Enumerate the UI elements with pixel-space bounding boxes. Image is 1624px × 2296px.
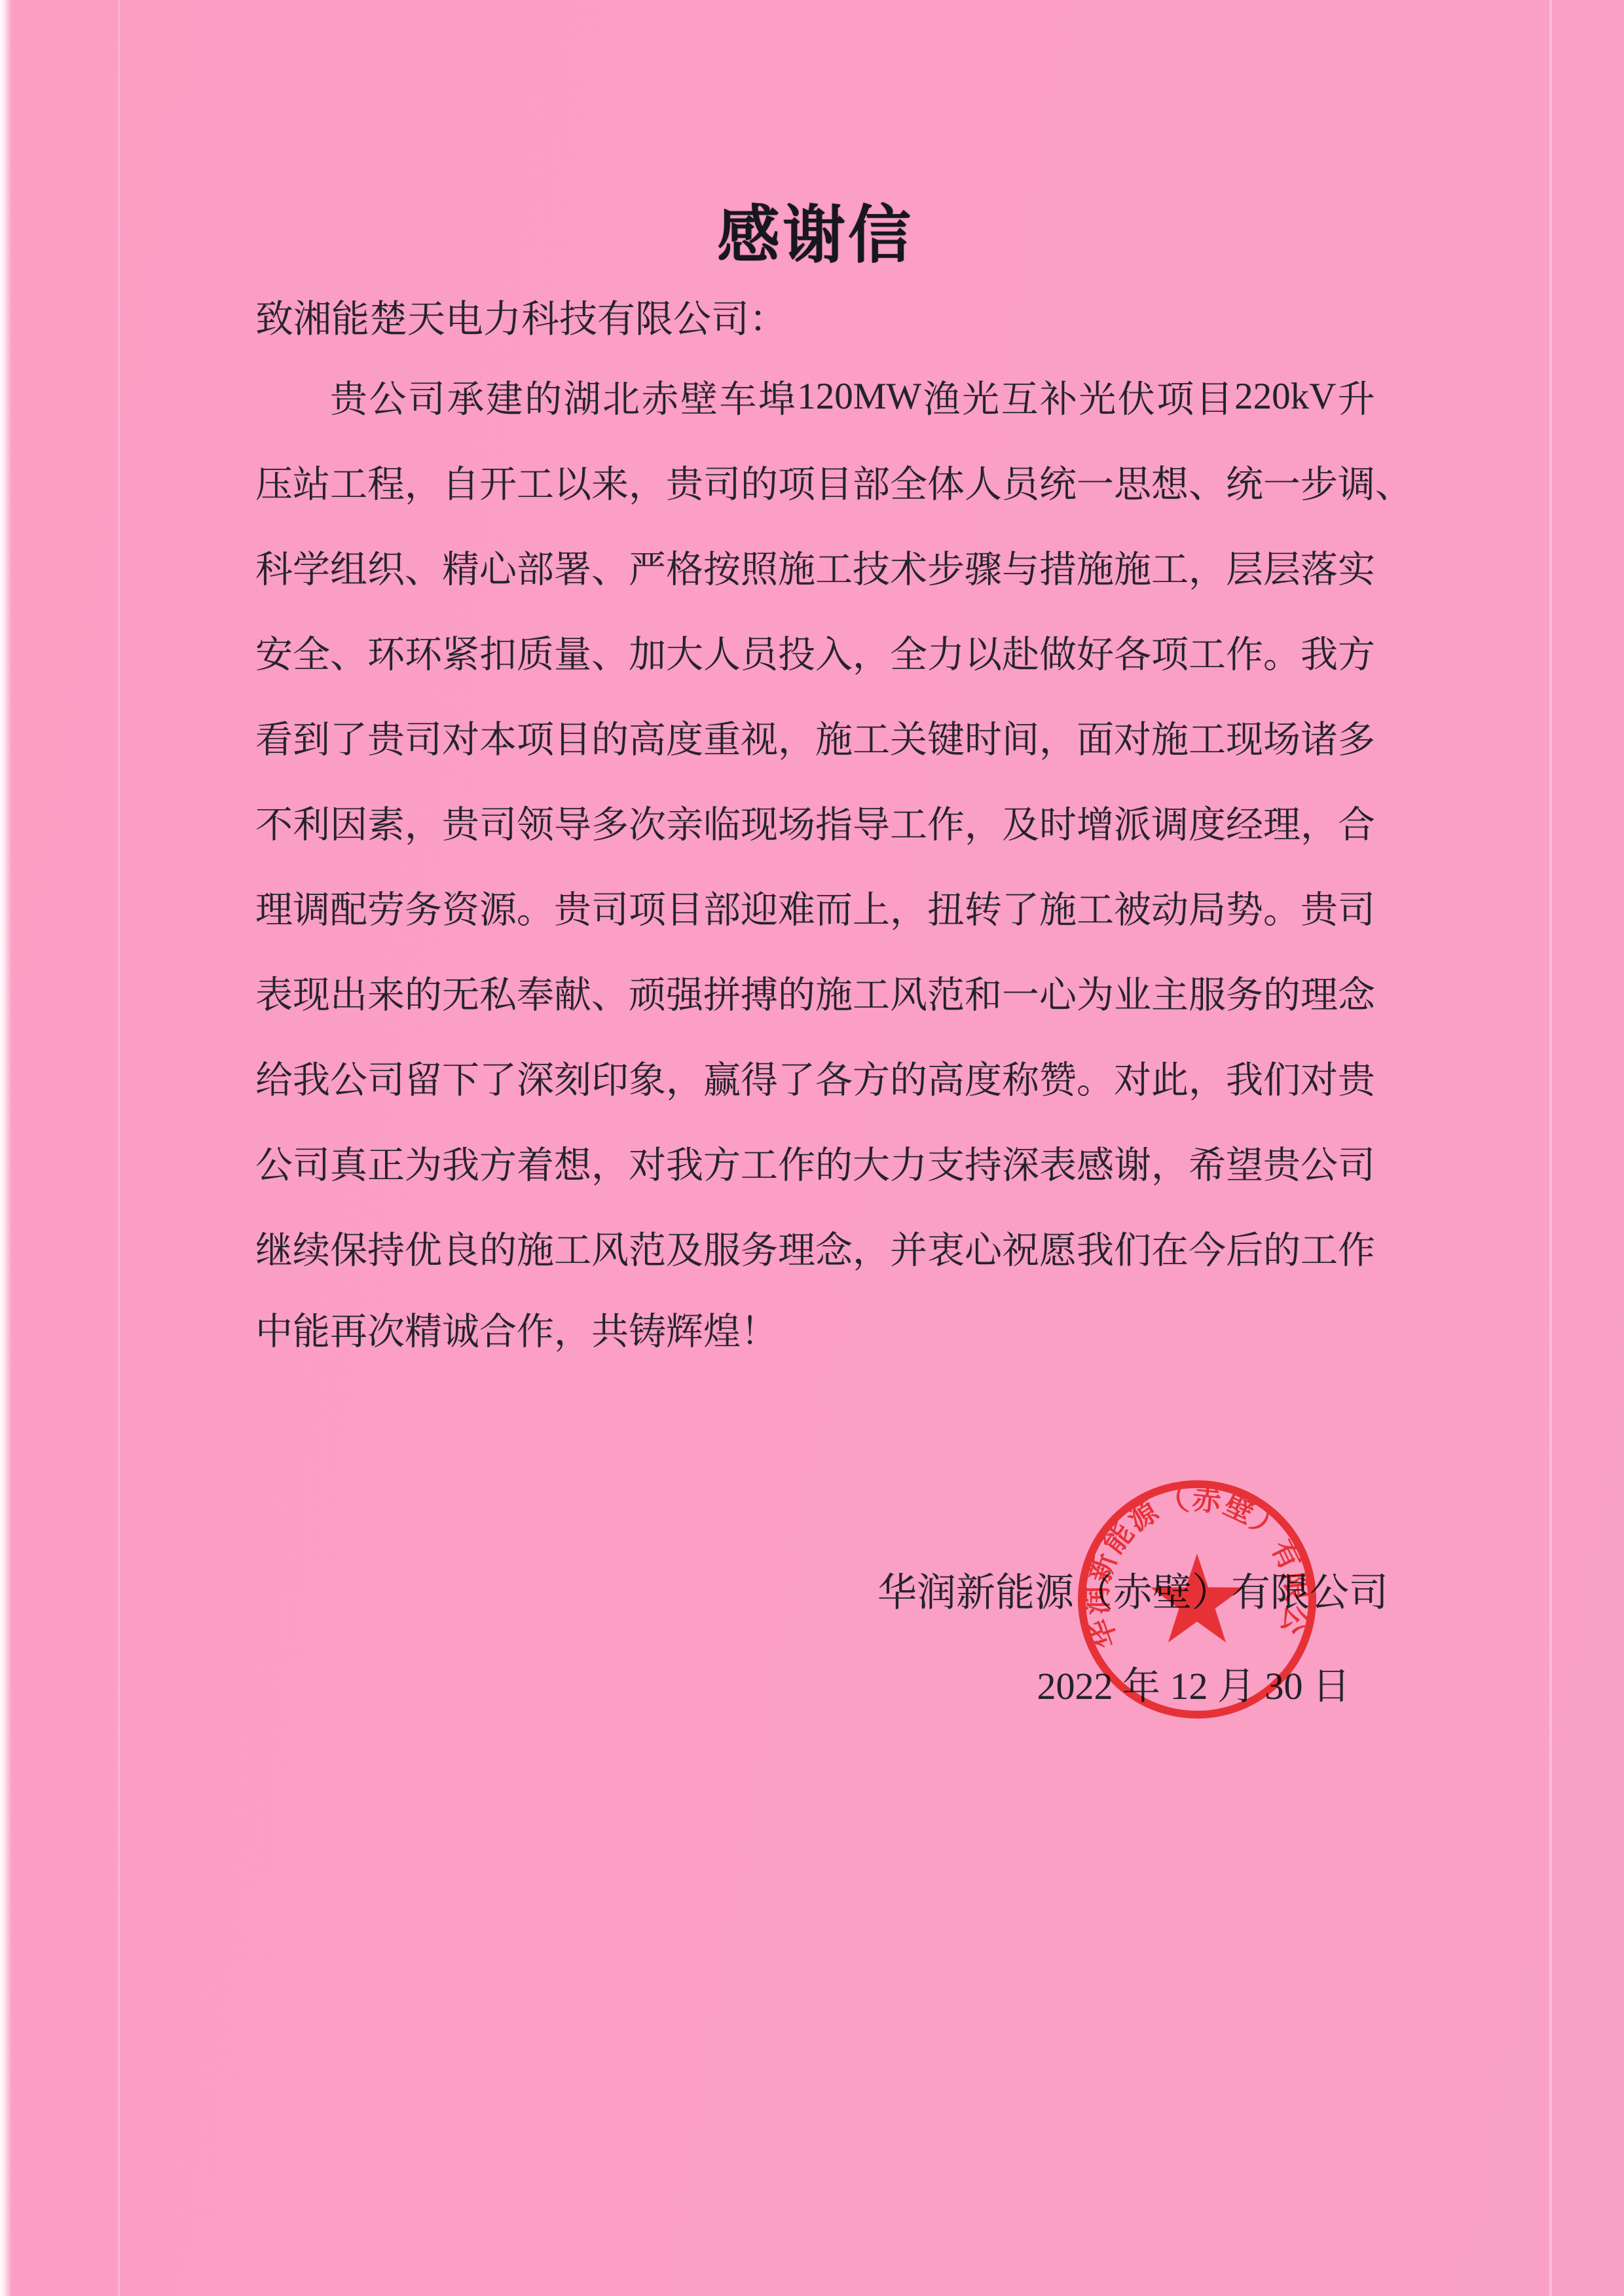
letter-title: 感谢信 bbox=[255, 185, 1375, 275]
body-line: 表现出来的无私奉献、顽强拼搏的施工风范和一心为业主服务的理念 bbox=[255, 949, 1375, 1034]
body-line: 不利因素，贵司领导多次亲临现场指导工作，及时增派调度经理，合 bbox=[255, 779, 1375, 864]
thank-you-letter-page: 感谢信 致湘能楚天电力科技有限公司： 贵公司承建的湖北赤壁车埠120MW渔光互补… bbox=[0, 0, 1624, 2296]
body-line: 给我公司留下了深刻印象，赢得了各方的高度称赞。对此，我们对贵 bbox=[255, 1034, 1375, 1120]
body-line: 中能再次精诚合作，共铸辉煌！ bbox=[255, 1290, 1375, 1375]
paper-crease-left bbox=[118, 0, 120, 2296]
letter-salutation: 致湘能楚天电力科技有限公司： bbox=[255, 296, 787, 343]
body-line: 理调配劳务资源。贵司项目部迎难而上，扭转了施工被动局势。贵司 bbox=[255, 864, 1375, 949]
company-seal-stamp: 华润新能源（赤壁）有限公司 bbox=[1066, 1468, 1328, 1730]
body-line: 贵公司承建的湖北赤壁车埠120MW渔光互补光伏项目220kV升 bbox=[255, 354, 1375, 439]
letter-body: 贵公司承建的湖北赤壁车埠120MW渔光互补光伏项目220kV升 压站工程，自开工… bbox=[255, 354, 1375, 1375]
body-line: 安全、环环紧扣质量、加大人员投入，全力以赴做好各项工作。我方 bbox=[255, 609, 1375, 694]
scan-edge-strip bbox=[0, 0, 12, 2296]
paper-crease-right bbox=[1549, 0, 1552, 2296]
body-line: 科学组织、精心部署、严格按照施工技术步骤与措施施工，层层落实 bbox=[255, 524, 1375, 609]
body-line: 继续保持优良的施工风范及服务理念，并衷心祝愿我们在今后的工作 bbox=[255, 1205, 1375, 1290]
body-line: 压站工程，自开工以来，贵司的项目部全体人员统一思想、统一步调、 bbox=[255, 439, 1375, 524]
star-icon bbox=[1151, 1554, 1244, 1643]
body-line: 看到了贵司对本项目的高度重视，施工关键时间，面对施工现场诸多 bbox=[255, 694, 1375, 779]
body-line: 公司真正为我方着想，对我方工作的大力支持深表感谢，希望贵公司 bbox=[255, 1120, 1375, 1205]
